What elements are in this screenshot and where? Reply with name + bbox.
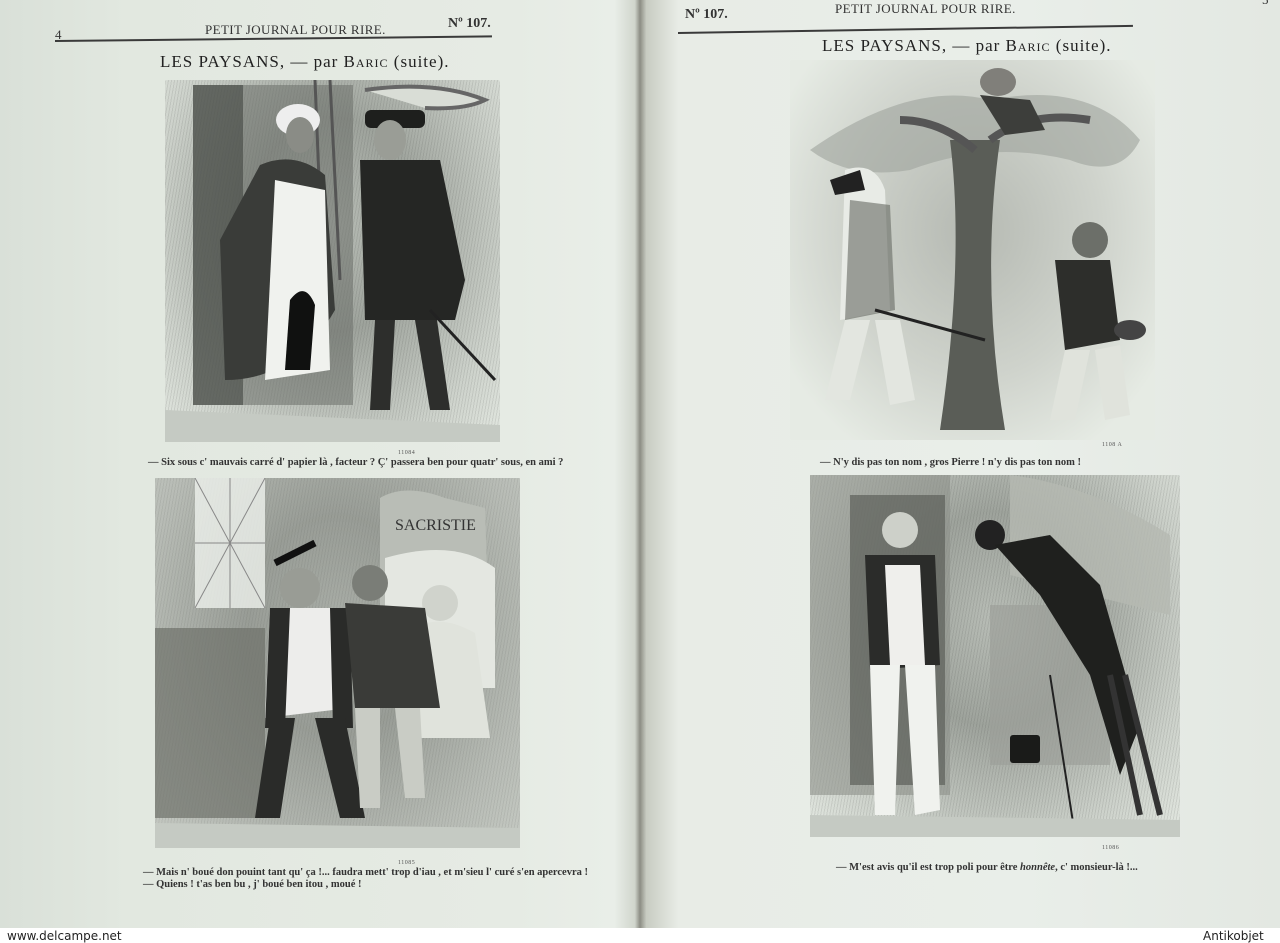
engraving-gentleman-icon	[810, 475, 1180, 837]
caption-plate-2-line-1: — Mais n' boué don pouint tant qu' ça !.…	[143, 867, 588, 878]
illustration-postman	[165, 80, 500, 442]
journal-title: PETIT JOURNAL POUR RIRE.	[835, 1, 1016, 17]
title-text: LES PAYSANS, — par	[160, 52, 338, 71]
title-text: LES PAYSANS, — par	[822, 36, 1000, 55]
caption-plate-4: — M'est avis qu'il est trop poli pour êt…	[836, 862, 1138, 873]
header-rule	[678, 25, 1133, 34]
svg-text:SACRISTIE: SACRISTIE	[395, 517, 476, 534]
illustration-sacristy: SACRISTIE	[155, 478, 520, 848]
illustration-tree	[790, 60, 1155, 440]
left-page: 4 PETIT JOURNAL POUR RIRE. Nº 107. LES P…	[0, 0, 638, 928]
author-name: Baric	[344, 52, 389, 71]
author-name: Baric	[1006, 36, 1051, 55]
engraving-postman-icon	[165, 80, 500, 442]
engraver-number: 11085	[398, 860, 415, 866]
page-title: LES PAYSANS, — par Baric (suite).	[822, 36, 1111, 56]
caption-plate-2-line-2: — Quiens ! t'as ben bu , j' boué ben ito…	[143, 879, 362, 890]
journal-title: PETIT JOURNAL POUR RIRE.	[205, 22, 386, 38]
caption-italic: honnête	[1020, 862, 1055, 873]
issue-number: Nº 107.	[448, 16, 491, 32]
engraver-number: 1108 A	[1102, 442, 1122, 448]
title-suite: (suite).	[1056, 36, 1112, 55]
title-suite: (suite).	[394, 52, 450, 71]
caption-plate-1: — Six sous c' mauvais carré d' papier là…	[148, 457, 563, 468]
engraver-number: 11084	[398, 450, 415, 456]
caption-plate-3: — N'y dis pas ton nom , gros Pierre ! n'…	[820, 457, 1081, 468]
caption-text: — M'est avis qu'il est trop poli pour êt…	[836, 862, 1017, 873]
engraver-number: 11086	[1102, 845, 1119, 851]
illustration-gentleman	[810, 475, 1180, 837]
caption-text-end: , c' monsieur-là !...	[1055, 862, 1138, 873]
issue-number: Nº 107.	[685, 7, 728, 23]
book-spread: 4 PETIT JOURNAL POUR RIRE. Nº 107. LES P…	[0, 0, 1280, 928]
engraving-tree-icon	[790, 60, 1155, 440]
page-title: LES PAYSANS, — par Baric (suite).	[160, 52, 449, 72]
page-number: 5	[1262, 0, 1269, 8]
right-page: Nº 107. PETIT JOURNAL POUR RIRE. 5 LES P…	[640, 0, 1280, 928]
watermark-right: Antikobjet	[1203, 929, 1264, 943]
engraving-sacristy-icon: SACRISTIE	[155, 478, 520, 848]
watermark-left: www.delcampe.net	[7, 929, 122, 943]
